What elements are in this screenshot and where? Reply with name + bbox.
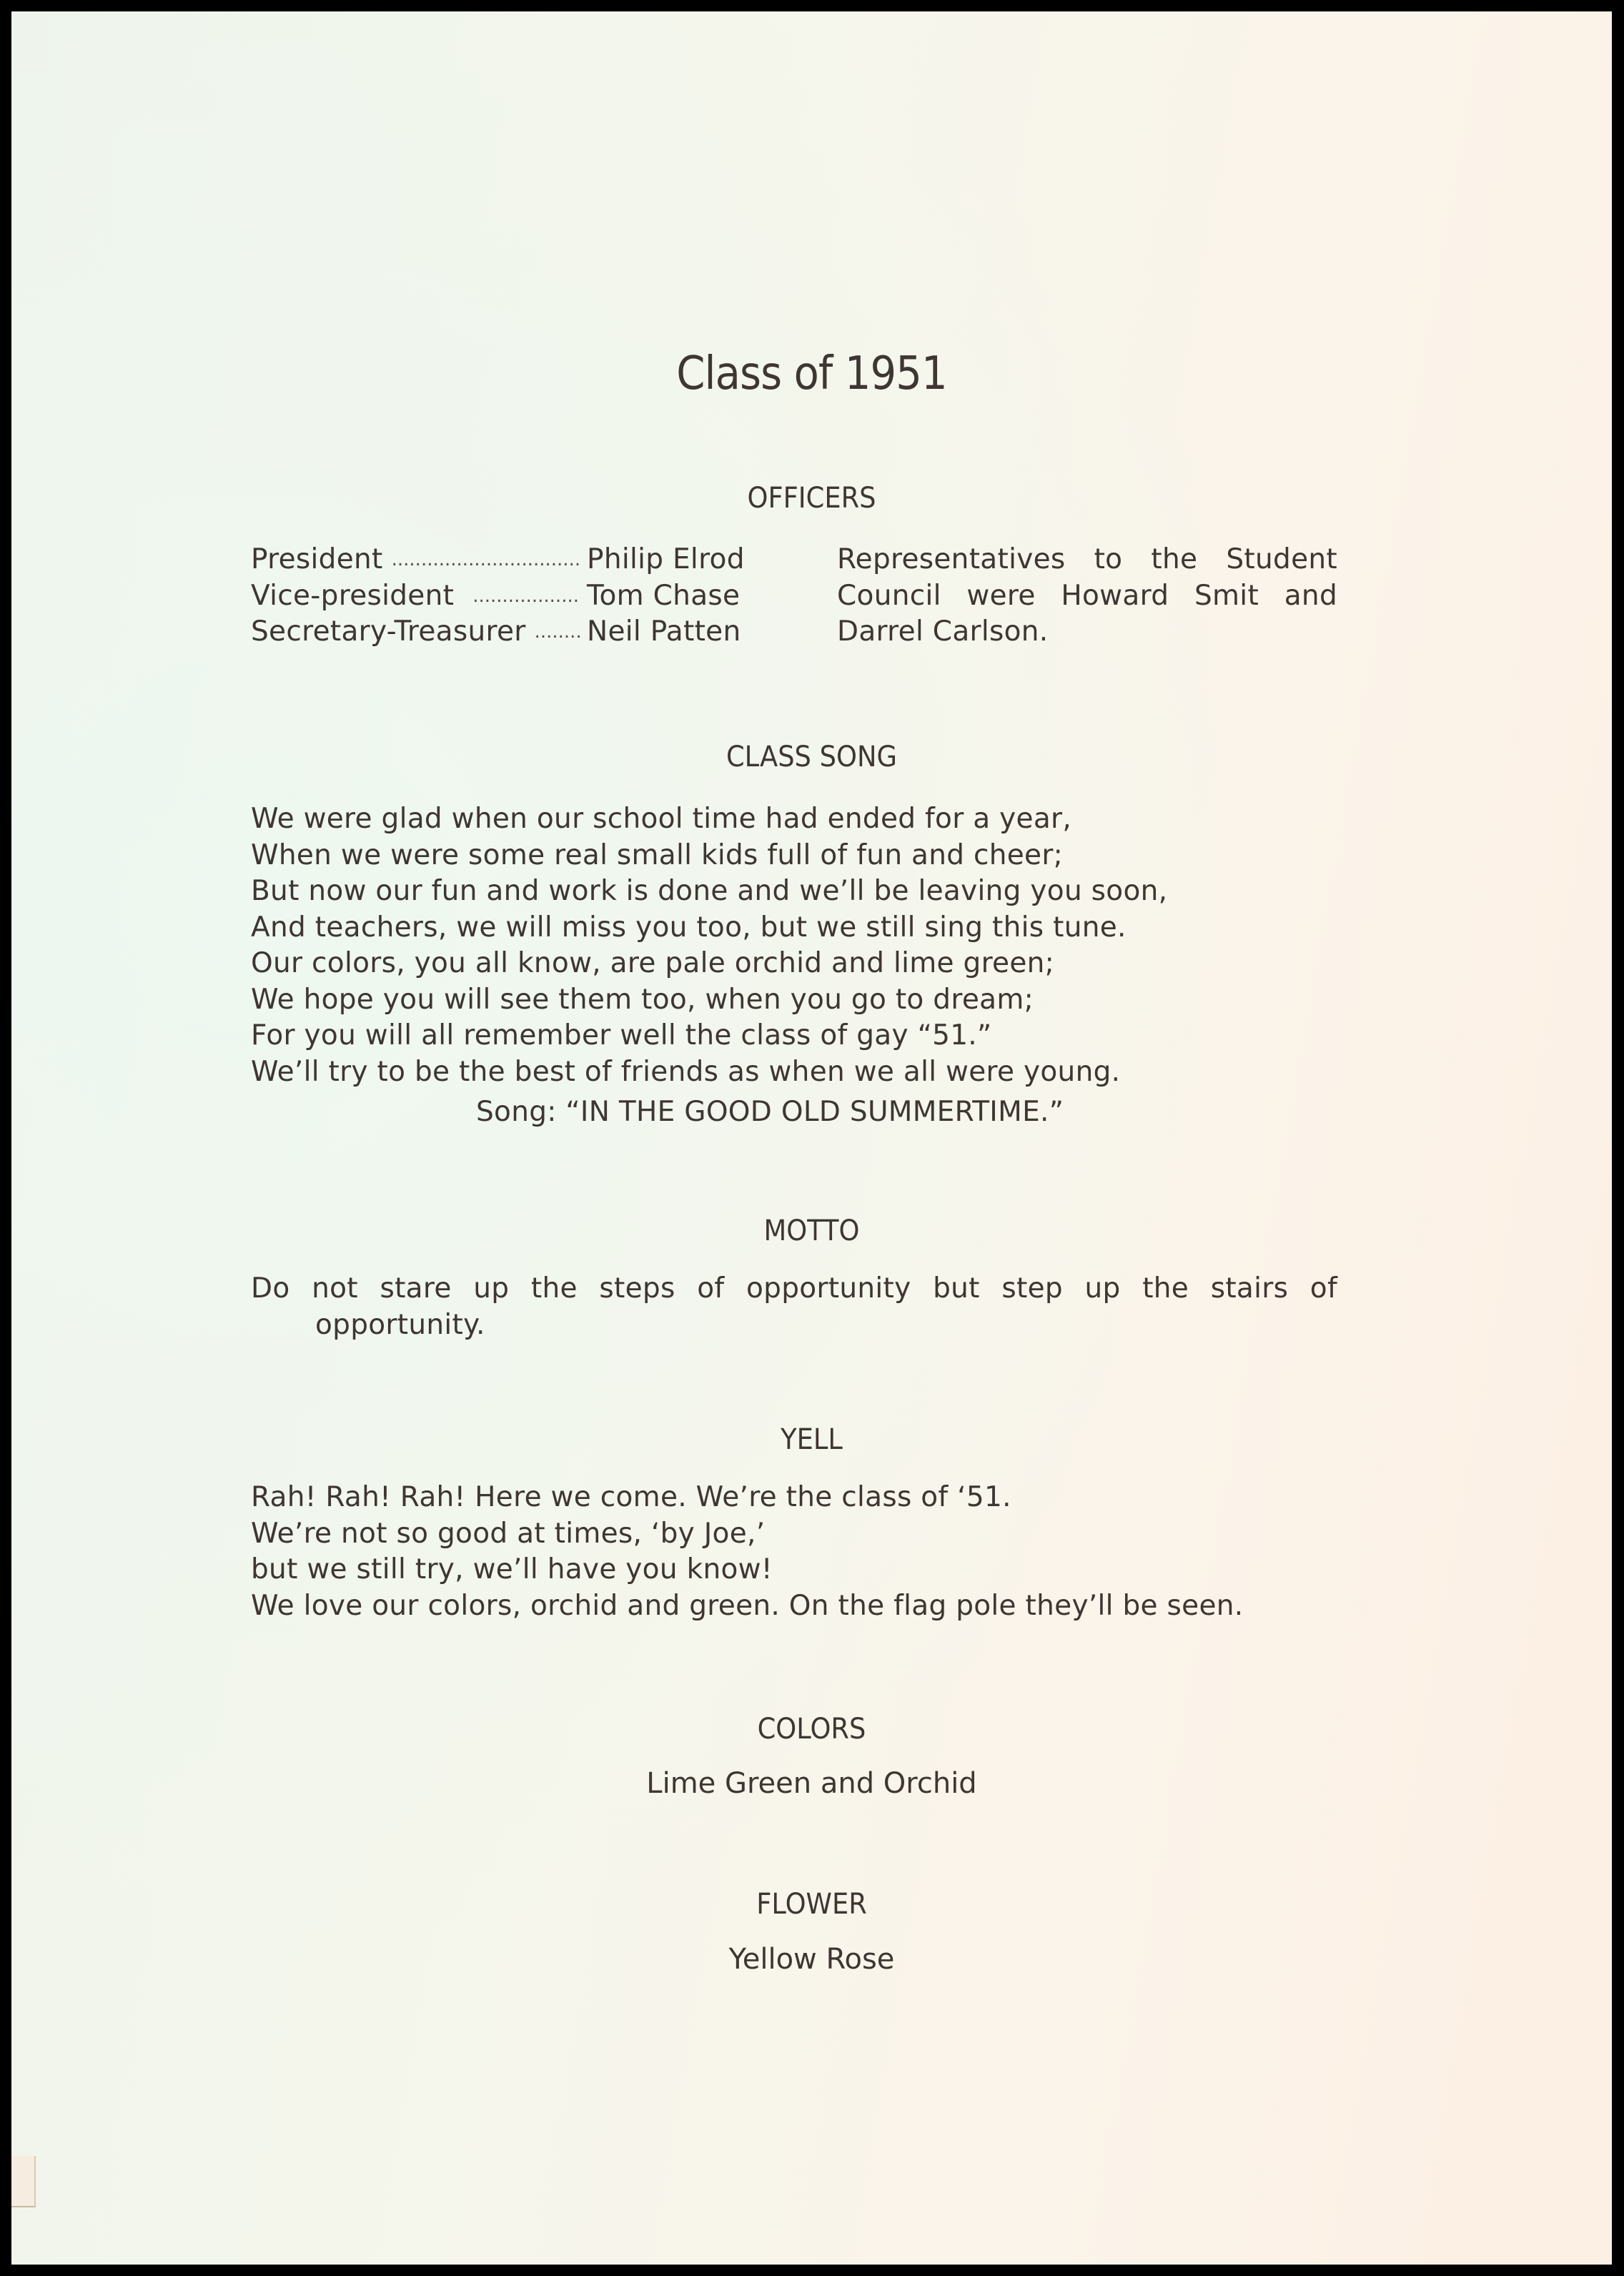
flower-value: Yellow Rose (11, 1943, 1612, 1976)
class-song-lyrics: We were glad when our school time had en… (251, 801, 1323, 1131)
song-attribution: Song: “IN THE GOOD OLD SUMMERTIME.” (251, 1094, 1323, 1131)
page-tab-scrap (11, 2156, 36, 2207)
motto-text: Do not stare up the steps of opportunity… (251, 1271, 1337, 1343)
officer-row-secretary-treasurer: Secretary-Treasurer.....................… (251, 614, 766, 650)
song-line: Our colors, you all know, are pale orchi… (251, 946, 1323, 982)
class-song-heading: CLASS SONG (76, 741, 1548, 773)
song-line: But now our fun and work is done and we’… (251, 874, 1323, 910)
officer-title: President (251, 542, 383, 578)
officer-title: Secretary-Treasurer (251, 614, 526, 650)
yell-line: We’re not so good at times, ‘by Joe,’ (251, 1516, 1323, 1553)
song-line: And teachers, we will miss you too, but … (251, 910, 1323, 946)
colors-value: Lime Green and Orchid (11, 1767, 1612, 1800)
motto-line: Do not stare up the steps of opportunity… (251, 1271, 1337, 1307)
officer-row-vice-president: Vice-president..........................… (251, 578, 766, 615)
officers-heading: OFFICERS (76, 482, 1548, 515)
leader-dots: ........................................… (535, 614, 580, 650)
leader-dots: ........................................… (472, 578, 580, 615)
song-line: We’ll try to be the best of friends as w… (251, 1054, 1323, 1091)
motto-heading: MOTTO (76, 1214, 1548, 1247)
yell-line: We love our colors, orchid and green. On… (251, 1588, 1323, 1625)
officer-name: Neil Patten (587, 614, 741, 650)
leader-dots: ........................................… (392, 542, 580, 578)
song-line: We hope you will see them too, when you … (251, 982, 1323, 1019)
officer-name: Philip Elrod (587, 542, 745, 578)
song-line: For you will all remember well the class… (251, 1018, 1323, 1054)
song-line: When we were some real small kids full o… (251, 838, 1323, 874)
officers-list: President...............................… (251, 542, 766, 650)
officer-row-president: President...............................… (251, 542, 766, 578)
page-title: Class of 1951 (91, 347, 1532, 400)
flower-heading: FLOWER (76, 1888, 1548, 1921)
motto-line: opportunity. (251, 1307, 1337, 1344)
yell-heading: YELL (76, 1423, 1548, 1456)
colors-heading: COLORS (76, 1713, 1548, 1746)
yell-line: but we still try, we’ll have you know! (251, 1552, 1323, 1588)
officer-name: Tom Chase (587, 578, 740, 615)
yell-line: Rah! Rah! Rah! Here we come. We’re the c… (251, 1480, 1323, 1516)
representatives-text: Representatives to the Student Council w… (837, 542, 1337, 650)
officer-title: Vice-president (251, 578, 454, 615)
song-line: We were glad when our school time had en… (251, 801, 1323, 838)
yearbook-page: Class of 1951 OFFICERS President........… (11, 11, 1612, 2265)
yell-text: Rah! Rah! Rah! Here we come. We’re the c… (251, 1480, 1323, 1624)
